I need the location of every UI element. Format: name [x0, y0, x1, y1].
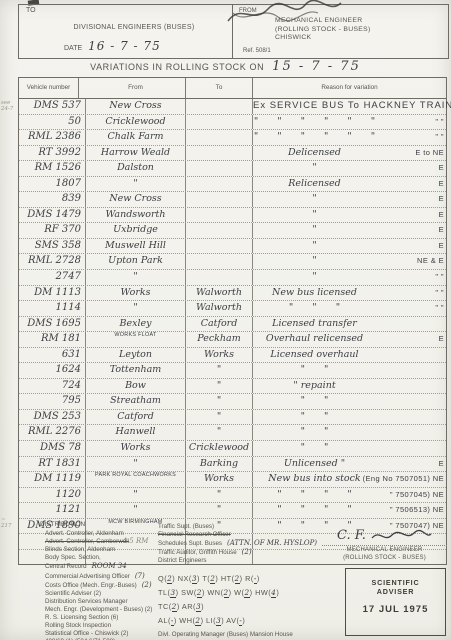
from-cell: Bow [86, 379, 186, 394]
table-row: RT 3992Harrow WealdDelicensedE to NE [19, 146, 446, 162]
recipient-item: Traffic Supt. (Buses) [158, 523, 348, 531]
reason-text: " repaint [253, 379, 376, 392]
reason-cell: "E [253, 223, 446, 238]
to-cell: Works [186, 472, 253, 487]
table-row: 50Cricklewood" " " " " "" " [19, 115, 446, 131]
status-text: " 7506513) NE [390, 503, 444, 516]
reason-cell: " " [253, 394, 446, 409]
date-line: DATE16 - 7 - 75 [64, 39, 161, 53]
from-cell: Bexley [86, 317, 186, 332]
reason-cell: "" " [253, 270, 446, 285]
vehicle-number: 724 [19, 379, 86, 394]
signoff-line: MECHANICAL ENGINEER [322, 547, 447, 555]
vehicle-number: 1624 [19, 363, 86, 378]
from-cell: Hanwell [86, 425, 186, 440]
distribution-list: DISTRIBUTION Advert. Controller, Aldenha… [40, 521, 170, 640]
table-body: DMS 537New CrossEx SERVICE BUS To HACKNE… [19, 99, 446, 564]
signature: C. F. [322, 527, 447, 546]
vehicle-number: 795 [19, 394, 86, 409]
reason-cell: "E [253, 161, 446, 176]
status-text: E [439, 223, 444, 236]
reason-cell: " " " " " "" " [253, 115, 446, 130]
to-cell: Peckham [186, 332, 253, 347]
from-label: FROM [239, 8, 257, 14]
to-cell: " [186, 379, 253, 394]
signoff-block: C. F. MECHANICAL ENGINEER (ROLLING STOCK… [322, 527, 447, 562]
reason-text: Overhaul relicensed [253, 332, 376, 345]
vehicle-number: 2747 [19, 270, 86, 285]
distribution-item: R. S. Licensing Section (6) [40, 614, 170, 622]
from-line: (ROLLING STOCK - BUSES) [275, 26, 371, 35]
date-label: DATE [64, 45, 82, 52]
reason-text: " [253, 270, 376, 283]
reason-cell: "E [253, 239, 446, 254]
to-cell: Works [186, 348, 253, 363]
reason-text: " " [253, 394, 376, 407]
distribution-item: Advert. Controller, Camberwell [40, 538, 170, 546]
handwritten-note: (ATTN. OF MR. HYSLOP) [227, 539, 317, 547]
from-cell: New Cross [86, 192, 186, 207]
status-text: E [439, 332, 444, 345]
from-line: CHISWICK [275, 34, 371, 43]
from-cell: Harrow Weald [86, 146, 186, 161]
vehicle-number: RML 2386 [19, 130, 86, 145]
from-cell: Wandsworth [86, 208, 186, 223]
vehicle-number: RT 3992 [19, 146, 86, 161]
reason-text: " " " " [253, 503, 376, 516]
reason-text: New bus into stock [253, 472, 376, 485]
vehicle-number: RM 181 [19, 332, 86, 347]
to-value: DIVISIONAL ENGINEERS (BUSES) [49, 24, 219, 31]
to-cell [186, 192, 253, 207]
form-title: VARIATIONS IN ROLLING STOCK ON15 - 7 - 7… [0, 59, 451, 74]
table-row: 724Bow"" repaint [19, 379, 446, 395]
distribution-item: Commercial Advertising Officer(7) [40, 572, 170, 581]
distribution-item: Scientific Adviser (2) [40, 590, 170, 598]
distribution-item: Central RecordROOM 34 [40, 562, 170, 571]
col-to: To [186, 78, 253, 98]
status-text: " " [435, 286, 444, 299]
to-cell: " [186, 425, 253, 440]
reason-text: Ex SERVICE BUS To HACKNEY TRAINER [253, 99, 451, 112]
vehicle-number: DM 1119 [19, 472, 86, 487]
reason-cell: Ex SERVICE BUS To HACKNEY TRAINERE & NE [253, 99, 451, 114]
vehicle-number: 1120 [19, 488, 86, 503]
ref-number: Ref. 508/1 [243, 48, 271, 54]
table-row: DMS 537New CrossEx SERVICE BUS To HACKNE… [19, 99, 446, 115]
reason-cell: " " [253, 410, 446, 425]
to-cell: Catford [186, 317, 253, 332]
to-cell: " [186, 410, 253, 425]
table-row: DMS 253Catford"" " [19, 410, 446, 426]
to-label: TO [26, 7, 36, 14]
reason-cell: " " " "" 7506513) NE [253, 503, 446, 518]
to-cell [186, 208, 253, 223]
reason-cell: " " [253, 441, 446, 456]
reason-text: Licensed transfer [253, 317, 376, 330]
from-cell: Works [86, 286, 186, 301]
vehicle-number: RT 1831 [19, 457, 86, 472]
table-row: DMS 1479Wandsworth"E [19, 208, 446, 224]
recipient-items: Traffic Supt. (Buses)Financial Research … [158, 523, 348, 565]
to-cell [186, 177, 253, 192]
from-cell: WORKS FLOAT [86, 332, 186, 347]
to-cell: " [186, 488, 253, 503]
from-cell: " [86, 270, 186, 285]
reason-cell: "E [253, 208, 446, 223]
from-cell: " [86, 457, 186, 472]
status-text: NE & E [417, 254, 444, 267]
distribution-item: Body Spec. Section, [40, 554, 170, 562]
table-row: RF 370Uxbridge"E [19, 223, 446, 239]
reason-cell: " " " "" 7507045) NE [253, 488, 446, 503]
reason-text: " " " [253, 301, 376, 314]
table-row: RM 181WORKS FLOATPeckhamOverhaul relicen… [19, 332, 446, 348]
table-row: RML 2276Hanwell"" " [19, 425, 446, 441]
distribution-item: Costs Office (Mech. Engr.-Buses)(2) [40, 581, 170, 590]
code-line: TC(2) AR(3) [158, 600, 348, 614]
reason-text: " " [253, 410, 376, 423]
distribution-item: Blinds Section, Aldenham [40, 546, 170, 554]
status-text: " " [435, 270, 444, 283]
from-address-box: FROM MECHANICAL ENGINEER (ROLLING STOCK … [232, 4, 449, 59]
reason-cell: "E [253, 192, 446, 207]
vehicle-number: DMS 253 [19, 410, 86, 425]
distribution-items: Advert. Controller, AldenhamAdvert. Cont… [40, 530, 170, 640]
reason-cell: " " [253, 425, 446, 440]
received-stamp: SCIENTIFIC ADVISER 17 JUL 1975 [345, 568, 446, 636]
reason-cell: Licensed transfer [253, 317, 446, 332]
table-header: Vehicle number From To Reason for variat… [19, 78, 446, 99]
reason-cell: " " [253, 363, 446, 378]
stamp-line2: ADVISER [346, 587, 445, 596]
from-cell: Chalk Farm [86, 130, 186, 145]
from-cell: Leyton [86, 348, 186, 363]
from-cell: Tottenham [86, 363, 186, 378]
reason-text: Unlicensed " [253, 457, 376, 470]
reason-text: " [253, 161, 376, 174]
reason-cell: Unlicensed "E [253, 457, 446, 472]
vehicle-number: 839 [19, 192, 86, 207]
from-cell: Streatham [86, 394, 186, 409]
from-cell: " [86, 503, 186, 518]
from-cell: Upton Park [86, 254, 186, 269]
reason-text: Delicensed [253, 146, 376, 159]
recipients-footer: Divl. Operating Manager (Buses) Mansion … [158, 631, 348, 639]
signoff-line: (ROLLING STOCK - BUSES) [322, 555, 447, 563]
margin-note-bottom: ~ 217 [1, 517, 12, 529]
table-row: DM 1113WorksWalworthNew bus licensed" " [19, 286, 446, 302]
table-row: 631LeytonWorksLicensed overhaul [19, 348, 446, 364]
table-row: RT 1831"BarkingUnlicensed "E [19, 457, 446, 473]
vehicle-number: RF 370 [19, 223, 86, 238]
table-row: DM 1119PARK ROYAL COACHWORKSWorksNew bus… [19, 472, 446, 488]
to-cell [186, 146, 253, 161]
recipient-item: Financial Research Officer [158, 531, 348, 539]
reason-text: " " " " " " [253, 115, 376, 128]
to-cell [186, 239, 253, 254]
reason-text: " [253, 239, 376, 252]
distribution-item: Distribution Services Manager [40, 598, 170, 606]
table-row: 1121""" " " "" 7506513) NE [19, 503, 446, 519]
title-printed: VARIATIONS IN ROLLING STOCK ON [90, 62, 264, 72]
from-cell: Muswell Hill [86, 239, 186, 254]
from-cell: Catford [86, 410, 186, 425]
from-cell: " [86, 177, 186, 192]
table-row: 1114"Walworth" " "" " [19, 301, 446, 317]
to-cell: " [186, 503, 253, 518]
from-cell: " [86, 301, 186, 316]
status-text: " " [435, 115, 444, 128]
code-line: Q(2) NX(3) T(2) HT(2) R(-) [158, 572, 348, 586]
status-text: E [439, 239, 444, 252]
from-cell: Cricklewood [86, 115, 186, 130]
reason-cell: New bus licensed" " [253, 286, 446, 301]
signature-scrawl-icon [370, 529, 432, 543]
reason-cell: " " " " " "" " [253, 130, 446, 145]
reason-text: " " " " [253, 488, 376, 501]
scanned-page: TO DIVISIONAL ENGINEERS (BUSES) DATE16 -… [0, 0, 451, 640]
status-text: E to NE [415, 146, 444, 159]
status-text: E [439, 177, 444, 190]
distribution-item: Statistical Office - Chiswick (2) [40, 630, 170, 638]
recipient-item: District Engineers [158, 557, 348, 565]
vehicle-number: RML 2728 [19, 254, 86, 269]
to-cell [186, 270, 253, 285]
table-row: RM 1526Dalston"E [19, 161, 446, 177]
from-cell: " [86, 488, 186, 503]
reason-text: New bus licensed [253, 286, 376, 299]
table-row: RML 2728Upton Park"NE & E [19, 254, 446, 270]
to-cell [186, 161, 253, 176]
margin-note-top: see 24-7 [1, 100, 13, 112]
distribution-item: Rolling Stock Inspection [40, 622, 170, 630]
vehicle-number: 1114 [19, 301, 86, 316]
reason-text: " [253, 223, 376, 236]
reason-text: " [253, 254, 376, 267]
col-from: From [86, 78, 186, 98]
vehicle-number: 631 [19, 348, 86, 363]
col-reason: Reason for variation [253, 78, 446, 98]
vehicle-number: DMS 1479 [19, 208, 86, 223]
status-text: " " [435, 130, 444, 143]
from-value: MECHANICAL ENGINEER (ROLLING STOCK - BUS… [275, 17, 371, 43]
reason-text: " " [253, 441, 376, 454]
from-cell: Dalston [86, 161, 186, 176]
distribution-item: Mech. Engr. (Development - Buses) (2) [40, 606, 170, 614]
status-text: " " [435, 301, 444, 314]
title-date-handwritten: 15 - 7 - 75 [272, 59, 361, 74]
reason-cell: Licensed overhaul [253, 348, 446, 363]
vehicle-number: SMS 358 [19, 239, 86, 254]
status-text: E [439, 161, 444, 174]
distribution-title: DISTRIBUTION [40, 521, 170, 529]
table-row: SMS 358Muswell Hill"E [19, 239, 446, 255]
to-cell [186, 130, 253, 145]
vehicle-number: DMS 1695 [19, 317, 86, 332]
recipients-column: Traffic Supt. (Buses)Financial Research … [158, 523, 348, 640]
recipient-item: Traffic Auditor, Griffith House(2) [158, 548, 348, 557]
stamp-date: 17 JUL 1975 [346, 604, 445, 615]
variations-table: Vehicle number From To Reason for variat… [18, 77, 447, 565]
reason-text: Relicensed [253, 177, 376, 190]
table-row: RML 2386Chalk Farm" " " " " "" " [19, 130, 446, 146]
vehicle-number: RML 2276 [19, 425, 86, 440]
status-text: E [439, 192, 444, 205]
garage-code-lines: Q(2) NX(3) T(2) HT(2) R(-)TL(3) SW(2) WN… [158, 572, 348, 628]
reason-text: " [253, 192, 376, 205]
recipient-item: Schedules Supt. Buses(ATTN. OF MR. HYSLO… [158, 539, 348, 548]
col-vehicle-number: Vehicle number [19, 78, 79, 98]
status-text: E [439, 208, 444, 221]
vehicle-number: 1121 [19, 503, 86, 518]
from-cell: Works [86, 441, 186, 456]
handwritten-note: (7) [135, 572, 145, 580]
table-row: 1120""" " " "" 7507045) NE [19, 488, 446, 504]
to-cell: " [186, 363, 253, 378]
handwritten-note: (2) [242, 548, 252, 556]
to-cell: Walworth [186, 301, 253, 316]
to-cell: Cricklewood [186, 441, 253, 456]
reason-text: Licensed overhaul [253, 348, 376, 361]
table-row: DMS 1695BexleyCatfordLicensed transfer [19, 317, 446, 333]
to-cell: " [186, 394, 253, 409]
to-cell [186, 223, 253, 238]
reason-text: " [253, 208, 376, 221]
date-handwritten: 16 - 7 - 75 [88, 39, 161, 53]
reason-cell: Overhaul relicensedE [253, 332, 446, 347]
signature-text: C. F. [337, 528, 366, 543]
to-cell [186, 99, 253, 114]
table-row: 1807"RelicensedE [19, 177, 446, 193]
status-text: " 7507045) NE [390, 488, 444, 501]
table-row: 2747""" " [19, 270, 446, 286]
stamp-line1: SCIENTIFIC [346, 578, 445, 587]
reason-text: " " [253, 425, 376, 438]
status-text: (Eng No 7507051) NE [363, 472, 444, 485]
reason-cell: DelicensedE to NE [253, 146, 446, 161]
vehicle-number: 50 [19, 115, 86, 130]
reason-cell: RelicensedE [253, 177, 446, 192]
handwritten-note: ROOM 34 [92, 562, 127, 570]
to-cell: Barking [186, 457, 253, 472]
table-row: 1624Tottenham"" " [19, 363, 446, 379]
reason-text: " " [253, 363, 376, 376]
distribution-item: Advert. Controller, Aldenham [40, 530, 170, 538]
from-cell: Uxbridge [86, 223, 186, 238]
to-cell [186, 254, 253, 269]
vehicle-number: DMS 78 [19, 441, 86, 456]
vehicle-number: DM 1113 [19, 286, 86, 301]
to-cell [186, 115, 253, 130]
reason-cell: " repaint [253, 379, 446, 394]
from-cell: New Cross [86, 99, 186, 114]
from-cell: PARK ROYAL COACHWORKS [86, 472, 186, 487]
table-row: 839New Cross"E [19, 192, 446, 208]
vehicle-number: DMS 537 [19, 99, 86, 114]
from-line: MECHANICAL ENGINEER [275, 17, 371, 26]
reason-cell: New bus into stock(Eng No 7507051) NE [253, 472, 446, 487]
status-text: E [439, 457, 444, 470]
reason-text: " " " " " " [253, 130, 376, 143]
handwritten-note: (2) [142, 581, 152, 589]
vehicle-number: RM 1526 [19, 161, 86, 176]
reason-cell: "NE & E [253, 254, 446, 269]
to-cell: Walworth [186, 286, 253, 301]
vehicle-number: 1807 [19, 177, 86, 192]
code-line: TL(3) SW(2) WN(2) W(2) HW(4) [158, 586, 348, 600]
code-line: AL(-) WH(2) LI(3) AV(-) [158, 614, 348, 628]
table-row: DMS 78WorksCricklewood" " [19, 441, 446, 457]
reason-cell: " " "" " [253, 301, 446, 316]
table-row: 795Streatham"" " [19, 394, 446, 410]
to-address-box: TO DIVISIONAL ENGINEERS (BUSES) DATE16 -… [18, 4, 233, 59]
